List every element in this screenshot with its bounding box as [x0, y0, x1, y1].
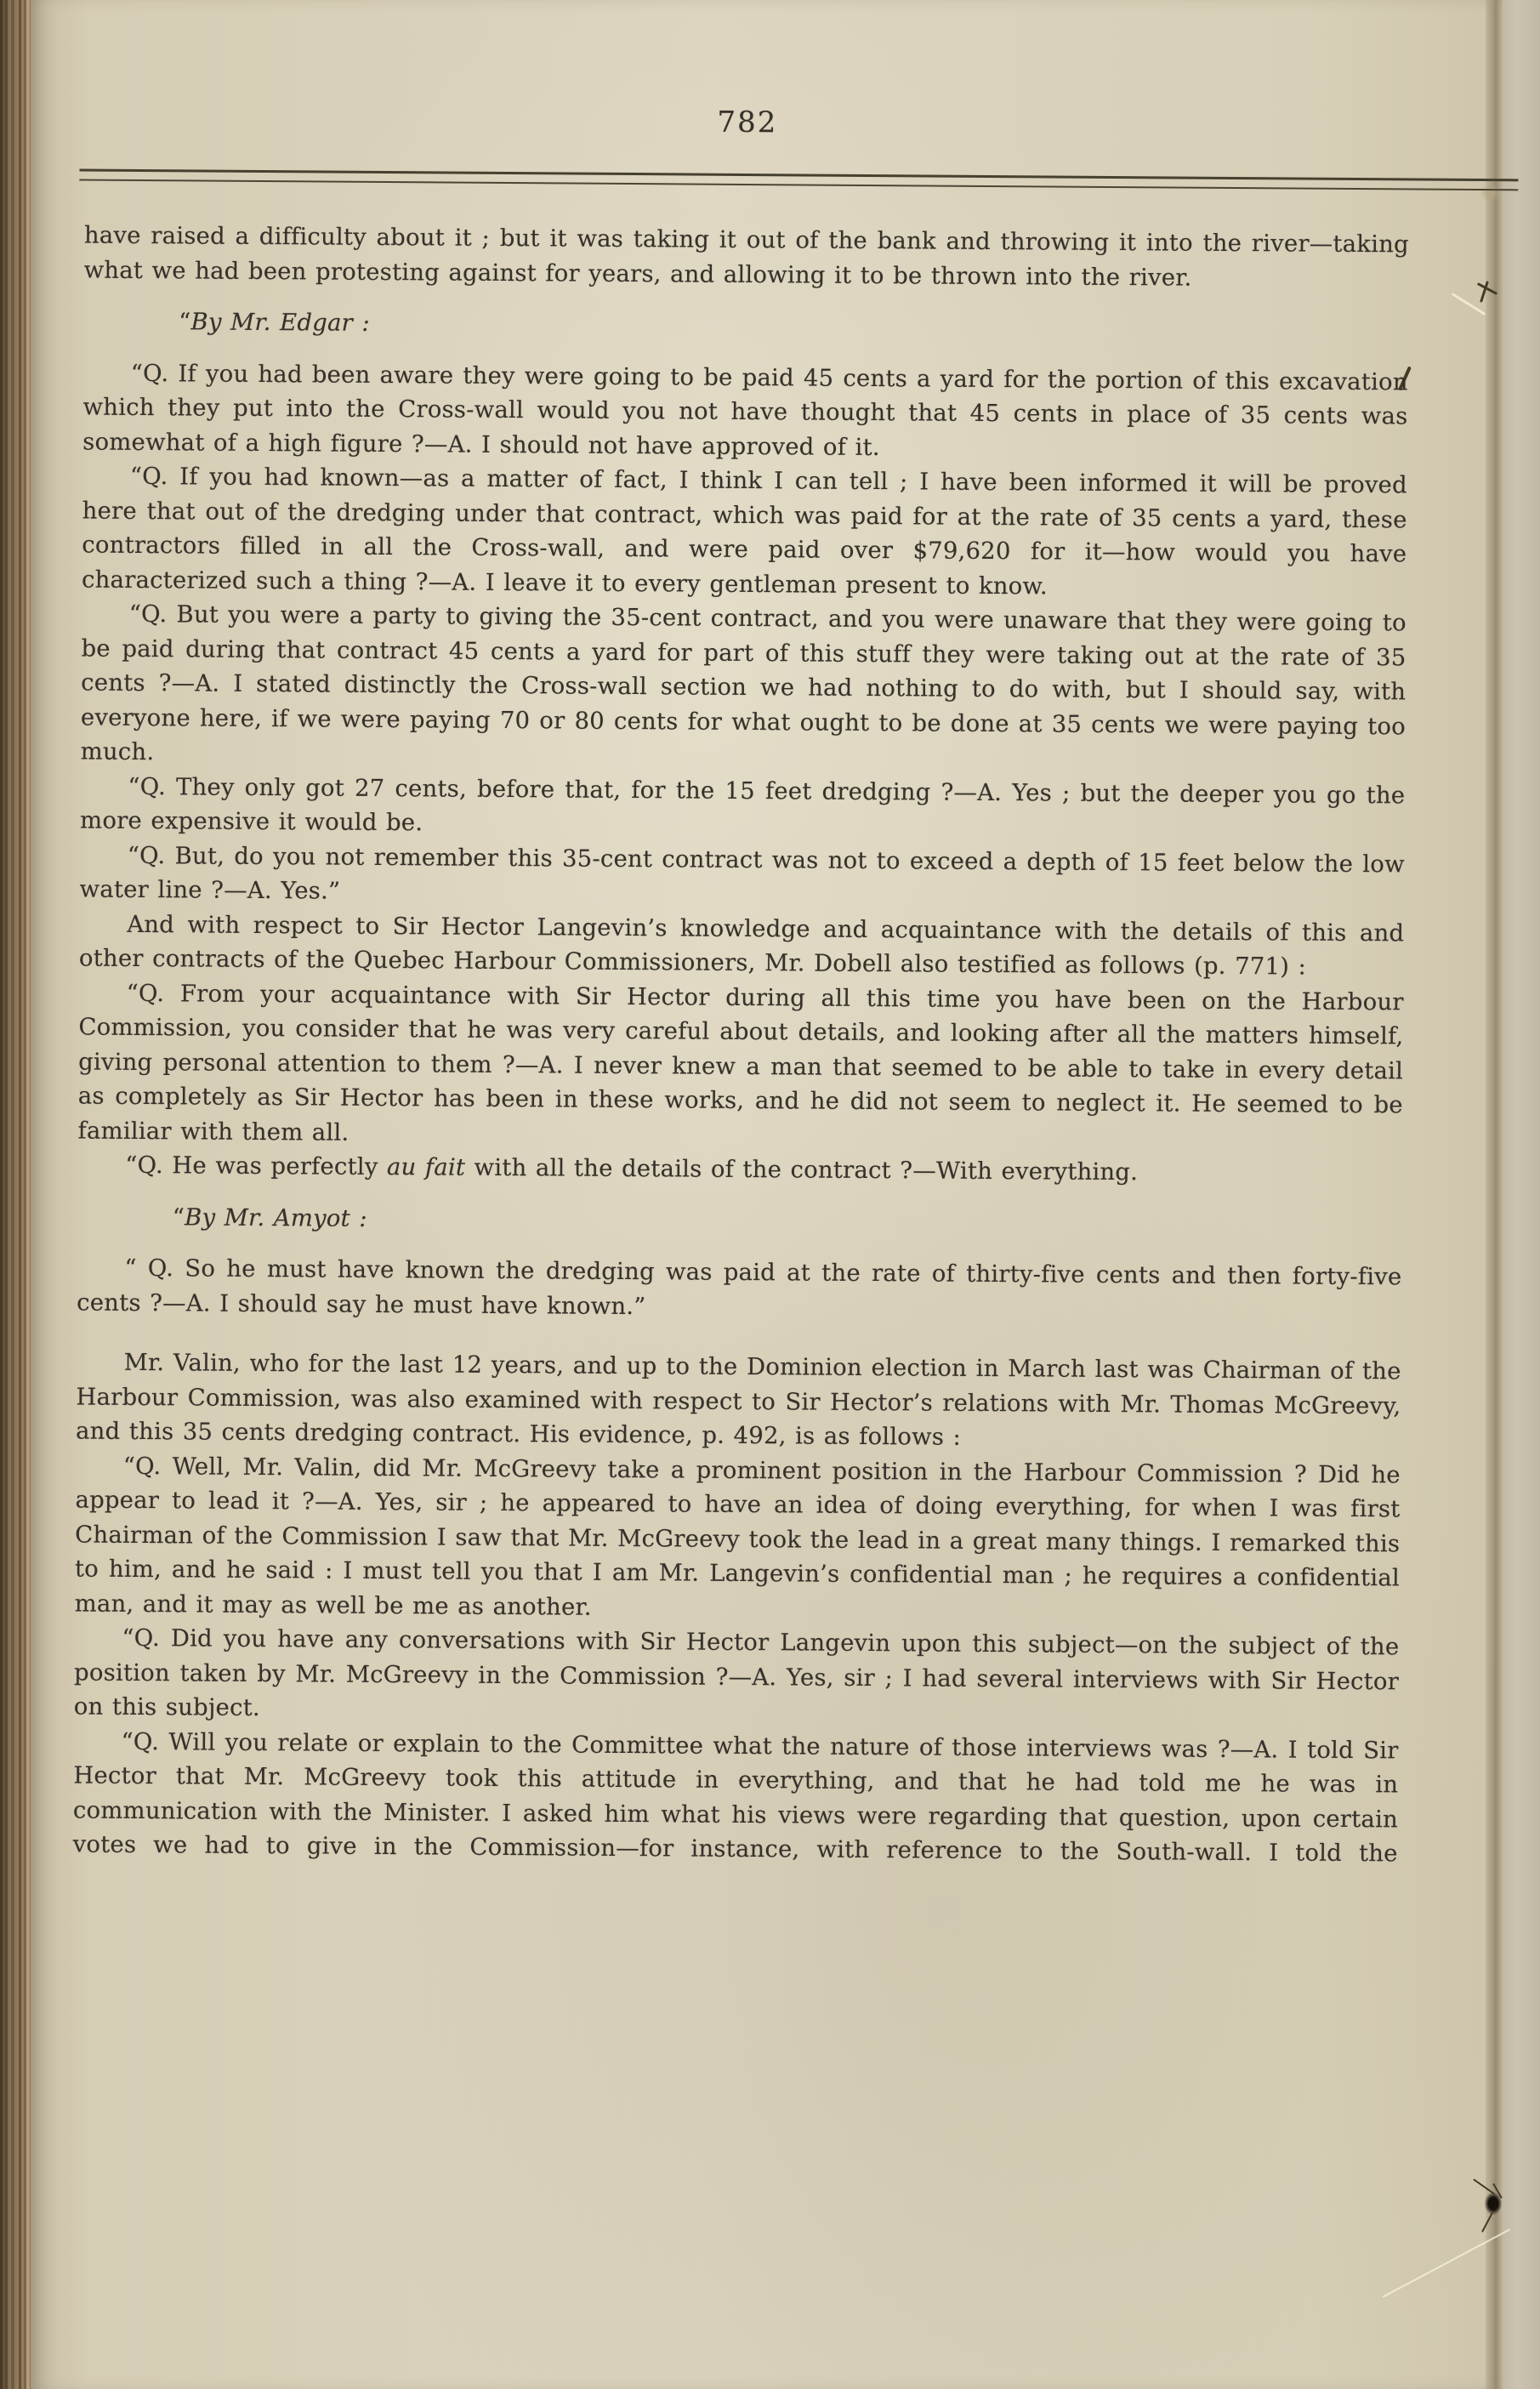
page-number: 782 — [85, 101, 1410, 148]
qa-35-cent-party-question: “Q. But you were a party to giving the 3… — [81, 597, 1406, 778]
narrative-dobell-intro: And with respect to Sir Hector Langevin’… — [79, 907, 1405, 985]
qa-interviews-nature-question: “Q. Will you relate or explain to the Co… — [73, 1724, 1399, 1871]
qa-depth-limit-question: “Q. But, do you not remember this 35-cen… — [79, 838, 1405, 916]
narrative-valin-intro: Mr. Valin, who for the last 12 years, an… — [76, 1345, 1401, 1458]
qa-mcgreevy-lead-question: “Q. Well, Mr. Valin, did Mr. McGreevy ta… — [75, 1448, 1401, 1630]
text-block: have raised a difficulty about it ; but … — [73, 219, 1409, 1871]
examiner-heading-edgar: “By Mr. Edgar : — [83, 304, 1408, 348]
page-edge-outer — [1503, 0, 1540, 2389]
qa-conversations-question: “Q. Did you have any conversations with … — [74, 1621, 1400, 1733]
qa-27-cents-question: “Q. They only got 27 cents, before that,… — [80, 769, 1406, 847]
paragraph-continuation: have raised a difficulty about it ; but … — [83, 219, 1409, 297]
page-content: 782 have raised a difficulty about it ; … — [73, 101, 1410, 1871]
qa-must-have-known-question: “ Q. So he must have known the dredging … — [77, 1251, 1402, 1329]
examiner-heading-amyot: “By Mr. Amyot : — [77, 1199, 1402, 1243]
qa-45-cents-question: “Q. If you had been aware they were goin… — [82, 356, 1408, 468]
qa-sir-hector-details-question: “Q. From your acquaintance with Sir Hect… — [77, 976, 1403, 1157]
page-edge-shadow — [1486, 0, 1503, 2389]
header-rule — [79, 169, 1518, 191]
scanned-page: 782 have raised a difficulty about it ; … — [31, 0, 1540, 2389]
qa-79620-question: “Q. If you had known—as a matter of fact… — [82, 459, 1407, 606]
